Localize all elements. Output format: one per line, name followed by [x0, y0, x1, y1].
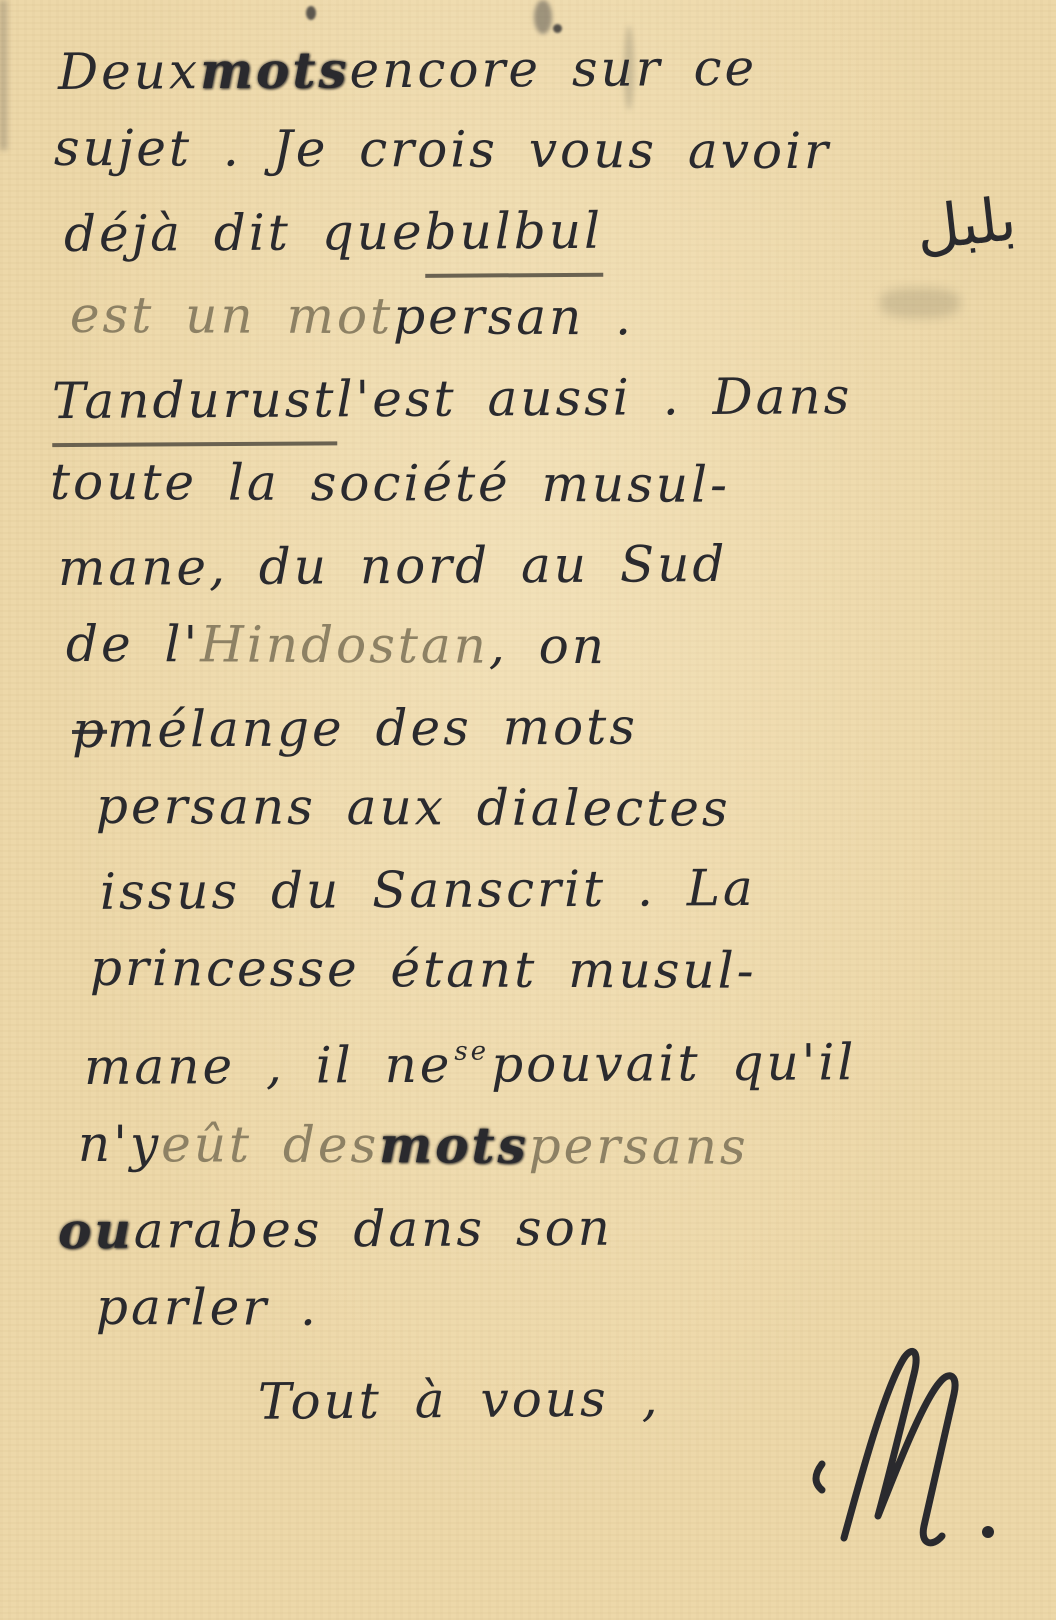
- text-segment: , on: [489, 606, 607, 688]
- signature-flourish: [806, 1332, 1016, 1556]
- text-segment: mots: [379, 1104, 529, 1186]
- handwritten-line-3: déjà dit que bulbulبلبل: [64, 188, 1056, 280]
- handwritten-line-16: parler .: [96, 1267, 1056, 1352]
- handwritten-line-6: toute la société musul-: [50, 442, 1056, 527]
- text-segment: pouvait qu'il: [491, 1022, 857, 1105]
- letter-page: Deux mots encore sur cesujet . Je crois …: [0, 0, 1056, 1620]
- text-segment: persan .: [393, 276, 634, 358]
- text-segment: mélange des mots: [107, 687, 638, 771]
- handwritten-line-12: princesse étant musul-: [90, 928, 1056, 1013]
- text-segment: mots: [200, 29, 350, 111]
- text-segment: princesse étant musul-: [90, 928, 757, 1012]
- text-segment: بلبل: [912, 183, 1019, 266]
- handwritten-line-14: n'y eût des mots persans: [78, 1103, 1056, 1189]
- text-segment: est un mot: [70, 275, 393, 357]
- text-segment: Hindostan: [200, 604, 489, 686]
- handwritten-text-block: Deux mots encore sur cesujet . Je crois …: [0, 0, 1056, 1556]
- text-segment: Deux: [58, 31, 201, 113]
- text-segment: arabes dans son: [133, 1188, 613, 1272]
- handwritten-line-1: Deux mots encore sur ce: [58, 25, 1056, 113]
- handwritten-line-5: Tandurust l'est aussi . Dans: [52, 355, 1056, 447]
- handwritten-line-10: persans aux dialectes: [96, 766, 1056, 851]
- handwritten-line-8: de l' Hindostan , on: [66, 604, 1056, 689]
- text-segment: persans aux dialectes: [96, 766, 731, 850]
- text-segment: de l': [66, 604, 201, 686]
- text-segment: persans: [529, 1106, 749, 1188]
- signature-period-dot: [982, 1526, 994, 1538]
- handwritten-line-2: sujet . Je crois vous avoir: [54, 108, 1056, 193]
- text-segment: Tandurust: [52, 359, 337, 447]
- text-segment: déjà dit que: [64, 192, 425, 275]
- handwritten-line-4: est un mot persan .: [70, 275, 1056, 360]
- handwritten-line-13: mane , il nesepouvait qu'il: [84, 1008, 1056, 1108]
- text-segment: eût des: [161, 1104, 379, 1186]
- text-segment: mane , il ne: [84, 1025, 453, 1108]
- closing-row: Tout à vous ,: [258, 1360, 1016, 1556]
- handwritten-line-15: ou arabes dans son: [58, 1184, 1056, 1272]
- text-segment: p: [72, 690, 108, 771]
- text-segment: bulbul: [424, 191, 603, 278]
- text-segment: toute la société musul-: [50, 442, 730, 526]
- text-segment: ou: [58, 1190, 134, 1271]
- text-segment: mane, du nord au Sud: [58, 524, 728, 609]
- text-segment: n'y: [78, 1104, 162, 1185]
- text-segment: parler .: [96, 1267, 319, 1349]
- handwritten-line-9: p mélange des mots: [72, 684, 1056, 771]
- text-segment: sujet . Je crois vous avoir: [54, 108, 831, 192]
- text-segment: encore sur ce: [349, 28, 757, 111]
- text-segment: l'est aussi . Dans: [336, 356, 852, 440]
- text-segment: se: [454, 1011, 489, 1092]
- text-segment: issus du Sanscrit . La: [100, 848, 756, 933]
- closing-salutation: Tout à vous ,: [258, 1358, 661, 1443]
- handwritten-line-7: mane, du nord au Sud: [58, 522, 1056, 609]
- handwritten-line-11: issus du Sanscrit . La: [100, 846, 1056, 933]
